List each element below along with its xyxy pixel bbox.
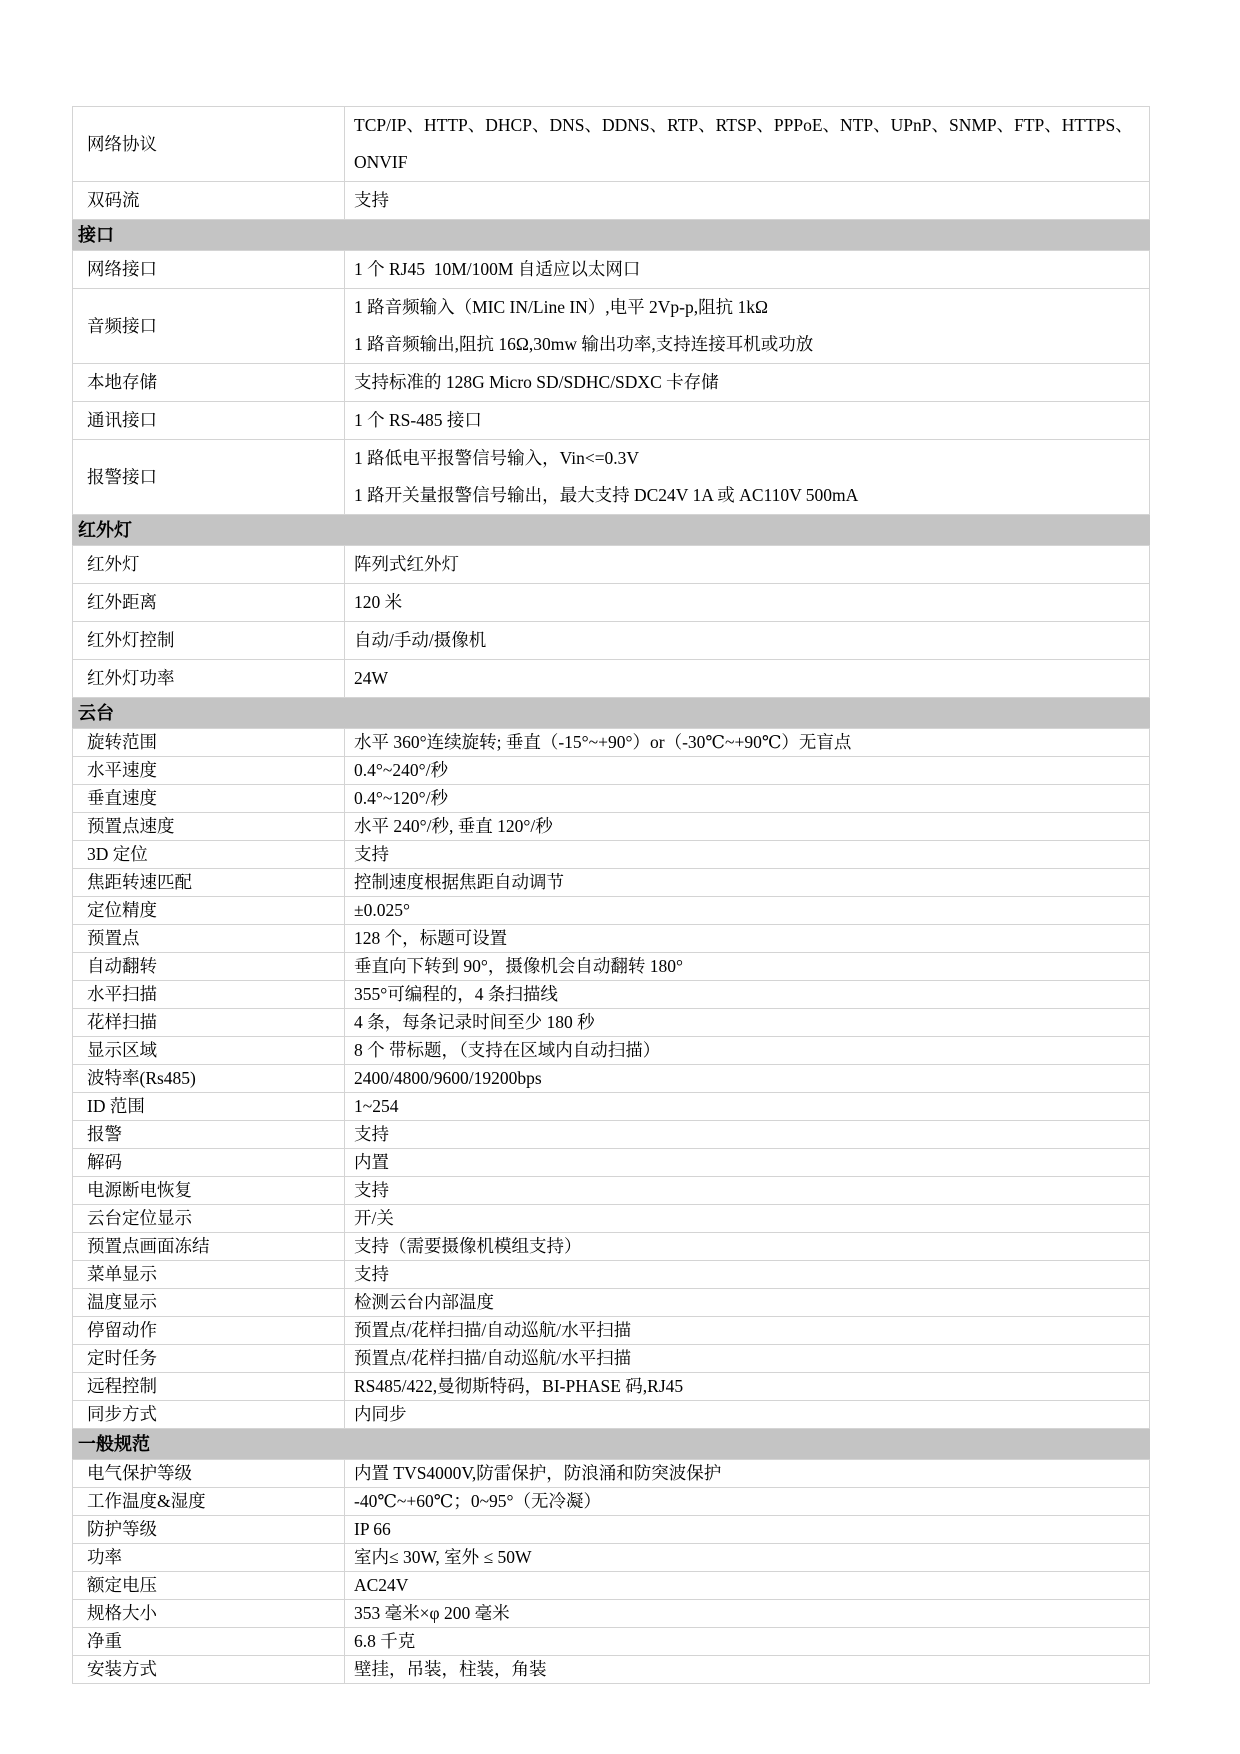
spec-row: 防护等级IP 66: [73, 1516, 1150, 1544]
spec-value-line: 353 毫米×φ 200 毫米: [354, 1600, 1141, 1627]
spec-table: 网络协议TCP/IP、HTTP、DHCP、DNS、DDNS、RTP、RTSP、P…: [72, 106, 1150, 1684]
spec-value-line: 支持: [354, 1121, 1141, 1148]
spec-row: 温度显示检测云台内部温度: [73, 1289, 1150, 1317]
spec-value-line: 1~254: [354, 1093, 1141, 1120]
spec-label: 温度显示: [73, 1289, 345, 1317]
spec-value: 1 路音频输入（MIC IN/Line IN）,电平 2Vp-p,阻抗 1kΩ1…: [345, 289, 1150, 364]
spec-row: 水平速度0.4°~240°/秒: [73, 757, 1150, 785]
spec-value: 支持: [345, 1121, 1150, 1149]
section-header-row: 一般规范: [73, 1429, 1150, 1460]
spec-value-line: 8 个 带标题，（支持在区域内自动扫描）: [354, 1037, 1141, 1064]
spec-value-line: 检测云台内部温度: [354, 1289, 1141, 1316]
spec-value: 预置点/花样扫描/自动巡航/水平扫描: [345, 1317, 1150, 1345]
spec-label: 功率: [73, 1544, 345, 1572]
spec-value-line: 水平 240°/秒, 垂直 120°/秒: [354, 813, 1141, 840]
spec-value-line: 1 个 RJ45 10M/100M 自适应以太网口: [354, 251, 1141, 288]
spec-label: 预置点画面冻结: [73, 1233, 345, 1261]
spec-value-line: AC24V: [354, 1572, 1141, 1599]
spec-document-page: 网络协议TCP/IP、HTTP、DHCP、DNS、DDNS、RTP、RTSP、P…: [0, 0, 1240, 1754]
spec-value: 支持标准的 128G Micro SD/SDHC/SDXC 卡存储: [345, 364, 1150, 402]
spec-row: 网络协议TCP/IP、HTTP、DHCP、DNS、DDNS、RTP、RTSP、P…: [73, 107, 1150, 182]
spec-row: 红外距离120 米: [73, 584, 1150, 622]
spec-value: 内同步: [345, 1401, 1150, 1429]
spec-value-line: 壁挂，吊装，柱装，角装: [354, 1656, 1141, 1683]
spec-value: 自动/手动/摄像机: [345, 622, 1150, 660]
spec-row: 报警接口1 路低电平报警信号输入，Vin<=0.3V1 路开关量报警信号输出，最…: [73, 440, 1150, 515]
spec-label: 额定电压: [73, 1572, 345, 1600]
spec-value-line: 内同步: [354, 1401, 1141, 1428]
spec-label: 花样扫描: [73, 1009, 345, 1037]
spec-value: 预置点/花样扫描/自动巡航/水平扫描: [345, 1345, 1150, 1373]
spec-value: 120 米: [345, 584, 1150, 622]
spec-row: 音频接口1 路音频输入（MIC IN/Line IN）,电平 2Vp-p,阻抗 …: [73, 289, 1150, 364]
spec-value-line: 垂直向下转到 90°，摄像机会自动翻转 180°: [354, 953, 1141, 980]
spec-value: 1 路低电平报警信号输入，Vin<=0.3V1 路开关量报警信号输出，最大支持 …: [345, 440, 1150, 515]
spec-row: 网络接口1 个 RJ45 10M/100M 自适应以太网口: [73, 251, 1150, 289]
spec-label: 定时任务: [73, 1345, 345, 1373]
spec-label: 双码流: [73, 182, 345, 220]
spec-value: 支持: [345, 1177, 1150, 1205]
spec-value-line: IP 66: [354, 1516, 1141, 1543]
spec-label: 安装方式: [73, 1656, 345, 1684]
spec-label: 防护等级: [73, 1516, 345, 1544]
spec-value-line: 128 个，标题可设置: [354, 925, 1141, 952]
spec-row: 定时任务预置点/花样扫描/自动巡航/水平扫描: [73, 1345, 1150, 1373]
spec-value-line: 支持（需要摄像机模组支持）: [354, 1233, 1141, 1260]
spec-value: 6.8 千克: [345, 1628, 1150, 1656]
spec-value: 1~254: [345, 1093, 1150, 1121]
spec-value: 24W: [345, 660, 1150, 698]
spec-label: 电气保护等级: [73, 1460, 345, 1488]
spec-value: TCP/IP、HTTP、DHCP、DNS、DDNS、RTP、RTSP、PPPoE…: [345, 107, 1150, 182]
spec-value-line: 预置点/花样扫描/自动巡航/水平扫描: [354, 1345, 1141, 1372]
spec-label: 菜单显示: [73, 1261, 345, 1289]
spec-row: 工作温度&湿度-40℃~+60℃；0~95°（无冷凝）: [73, 1488, 1150, 1516]
spec-label: 自动翻转: [73, 953, 345, 981]
spec-label: 净重: [73, 1628, 345, 1656]
spec-row: 额定电压AC24V: [73, 1572, 1150, 1600]
spec-value-line: 室内≤ 30W, 室外 ≤ 50W: [354, 1544, 1141, 1571]
spec-label: 焦距转速匹配: [73, 869, 345, 897]
spec-row: 花样扫描4 条，每条记录时间至少 180 秒: [73, 1009, 1150, 1037]
spec-value-line: 内置 TVS4000V,防雷保护，防浪涌和防突波保护: [354, 1460, 1141, 1487]
spec-value-line: 支持: [354, 1261, 1141, 1288]
spec-label: 网络协议: [73, 107, 345, 182]
spec-label: 云台定位显示: [73, 1205, 345, 1233]
spec-row: 菜单显示支持: [73, 1261, 1150, 1289]
spec-label: 电源断电恢复: [73, 1177, 345, 1205]
spec-value: 1 个 RS-485 接口: [345, 402, 1150, 440]
spec-row: 功率室内≤ 30W, 室外 ≤ 50W: [73, 1544, 1150, 1572]
spec-value-line: 24W: [354, 660, 1141, 697]
spec-value-line: 支持: [354, 841, 1141, 868]
spec-label: 音频接口: [73, 289, 345, 364]
spec-value-line: 水平 360°连续旋转; 垂直（-15°~+90°）or（-30℃~+90℃）无…: [354, 729, 1141, 756]
spec-label: 垂直速度: [73, 785, 345, 813]
spec-row: 自动翻转垂直向下转到 90°，摄像机会自动翻转 180°: [73, 953, 1150, 981]
spec-value: IP 66: [345, 1516, 1150, 1544]
spec-value: 检测云台内部温度: [345, 1289, 1150, 1317]
spec-value: 4 条，每条记录时间至少 180 秒: [345, 1009, 1150, 1037]
spec-row: 报警支持: [73, 1121, 1150, 1149]
spec-row: 红外灯阵列式红外灯: [73, 546, 1150, 584]
spec-value: 水平 240°/秒, 垂直 120°/秒: [345, 813, 1150, 841]
spec-value-line: 6.8 千克: [354, 1628, 1141, 1655]
section-header-row: 接口: [73, 220, 1150, 251]
spec-value: 8 个 带标题，（支持在区域内自动扫描）: [345, 1037, 1150, 1065]
spec-label: 网络接口: [73, 251, 345, 289]
spec-value: 1 个 RJ45 10M/100M 自适应以太网口: [345, 251, 1150, 289]
spec-label: 红外距离: [73, 584, 345, 622]
spec-label: 停留动作: [73, 1317, 345, 1345]
spec-value: 垂直向下转到 90°，摄像机会自动翻转 180°: [345, 953, 1150, 981]
spec-value-line: 控制速度根据焦距自动调节: [354, 869, 1141, 896]
spec-label: 红外灯功率: [73, 660, 345, 698]
spec-value-line: TCP/IP、HTTP、DHCP、DNS、DDNS、RTP、RTSP、PPPoE…: [354, 107, 1141, 144]
spec-row: 规格大小353 毫米×φ 200 毫米: [73, 1600, 1150, 1628]
spec-value-line: 1 路低电平报警信号输入，Vin<=0.3V: [354, 440, 1141, 477]
spec-value: RS485/422,曼彻斯特码，BI-PHASE 码,RJ45: [345, 1373, 1150, 1401]
spec-value: 水平 360°连续旋转; 垂直（-15°~+90°）or（-30℃~+90℃）无…: [345, 729, 1150, 757]
spec-label: 同步方式: [73, 1401, 345, 1429]
spec-value-line: 355°可编程的，4 条扫描线: [354, 981, 1141, 1008]
spec-label: 红外灯控制: [73, 622, 345, 660]
spec-row: 双码流支持: [73, 182, 1150, 220]
spec-value-line: 1 个 RS-485 接口: [354, 402, 1141, 439]
spec-row: 净重6.8 千克: [73, 1628, 1150, 1656]
section-header-row: 红外灯: [73, 515, 1150, 546]
spec-row: 旋转范围水平 360°连续旋转; 垂直（-15°~+90°）or（-30℃~+9…: [73, 729, 1150, 757]
spec-label: 通讯接口: [73, 402, 345, 440]
spec-value-line: 支持: [354, 182, 1141, 219]
spec-label: 工作温度&湿度: [73, 1488, 345, 1516]
spec-value-line: 1 路音频输出,阻抗 16Ω,30mw 输出功率,支持连接耳机或功放: [354, 326, 1141, 363]
section-header: 云台: [73, 698, 1150, 729]
spec-row: 显示区域8 个 带标题，（支持在区域内自动扫描）: [73, 1037, 1150, 1065]
spec-value-line: 支持: [354, 1177, 1141, 1204]
spec-label: 报警接口: [73, 440, 345, 515]
spec-value: 开/关: [345, 1205, 1150, 1233]
spec-label: 波特率(Rs485): [73, 1065, 345, 1093]
spec-value: 内置 TVS4000V,防雷保护，防浪涌和防突波保护: [345, 1460, 1150, 1488]
spec-value-line: 120 米: [354, 584, 1141, 621]
spec-label: 本地存储: [73, 364, 345, 402]
spec-row: 通讯接口1 个 RS-485 接口: [73, 402, 1150, 440]
spec-label: 解码: [73, 1149, 345, 1177]
spec-row: 垂直速度0.4°~120°/秒: [73, 785, 1150, 813]
spec-row: 预置点速度水平 240°/秒, 垂直 120°/秒: [73, 813, 1150, 841]
spec-value-line: 1 路音频输入（MIC IN/Line IN）,电平 2Vp-p,阻抗 1kΩ: [354, 289, 1141, 326]
spec-value-line: ONVIF: [354, 144, 1141, 181]
spec-label: 预置点: [73, 925, 345, 953]
spec-value-line: 0.4°~120°/秒: [354, 785, 1141, 812]
spec-value-line: 预置点/花样扫描/自动巡航/水平扫描: [354, 1317, 1141, 1344]
spec-value: -40℃~+60℃；0~95°（无冷凝）: [345, 1488, 1150, 1516]
spec-row: 3D 定位支持: [73, 841, 1150, 869]
spec-row: ID 范围1~254: [73, 1093, 1150, 1121]
spec-value: 2400/4800/9600/19200bps: [345, 1065, 1150, 1093]
spec-label: 旋转范围: [73, 729, 345, 757]
spec-label: 定位精度: [73, 897, 345, 925]
spec-value-line: 0.4°~240°/秒: [354, 757, 1141, 784]
spec-value: 0.4°~240°/秒: [345, 757, 1150, 785]
spec-label: 水平扫描: [73, 981, 345, 1009]
spec-value: 壁挂，吊装，柱装，角装: [345, 1656, 1150, 1684]
spec-value: 支持: [345, 182, 1150, 220]
spec-label: 远程控制: [73, 1373, 345, 1401]
spec-value-line: 1 路开关量报警信号输出，最大支持 DC24V 1A 或 AC110V 500m…: [354, 477, 1141, 514]
spec-row: 电气保护等级内置 TVS4000V,防雷保护，防浪涌和防突波保护: [73, 1460, 1150, 1488]
spec-value: 支持（需要摄像机模组支持）: [345, 1233, 1150, 1261]
section-header: 红外灯: [73, 515, 1150, 546]
spec-value-line: 开/关: [354, 1205, 1141, 1232]
section-header: 一般规范: [73, 1429, 1150, 1460]
spec-row: 解码内置: [73, 1149, 1150, 1177]
spec-row: 本地存储支持标准的 128G Micro SD/SDHC/SDXC 卡存储: [73, 364, 1150, 402]
spec-row: 远程控制RS485/422,曼彻斯特码，BI-PHASE 码,RJ45: [73, 1373, 1150, 1401]
spec-row: 安装方式壁挂，吊装，柱装，角装: [73, 1656, 1150, 1684]
spec-label: 显示区域: [73, 1037, 345, 1065]
spec-value: 128 个，标题可设置: [345, 925, 1150, 953]
spec-table-body: 网络协议TCP/IP、HTTP、DHCP、DNS、DDNS、RTP、RTSP、P…: [73, 107, 1150, 1684]
spec-value: 支持: [345, 1261, 1150, 1289]
spec-value-line: 4 条，每条记录时间至少 180 秒: [354, 1009, 1141, 1036]
spec-row: 同步方式内同步: [73, 1401, 1150, 1429]
spec-value: 内置: [345, 1149, 1150, 1177]
spec-row: 红外灯功率24W: [73, 660, 1150, 698]
spec-row: 波特率(Rs485)2400/4800/9600/19200bps: [73, 1065, 1150, 1093]
spec-value: 控制速度根据焦距自动调节: [345, 869, 1150, 897]
spec-value-line: 2400/4800/9600/19200bps: [354, 1065, 1141, 1092]
spec-row: 预置点画面冻结支持（需要摄像机模组支持）: [73, 1233, 1150, 1261]
spec-value-line: RS485/422,曼彻斯特码，BI-PHASE 码,RJ45: [354, 1373, 1141, 1400]
spec-value: 0.4°~120°/秒: [345, 785, 1150, 813]
spec-value: ±0.025°: [345, 897, 1150, 925]
spec-value: 阵列式红外灯: [345, 546, 1150, 584]
spec-row: 红外灯控制自动/手动/摄像机: [73, 622, 1150, 660]
spec-value-line: 支持标准的 128G Micro SD/SDHC/SDXC 卡存储: [354, 364, 1141, 401]
spec-label: 规格大小: [73, 1600, 345, 1628]
spec-row: 预置点128 个，标题可设置: [73, 925, 1150, 953]
section-header-row: 云台: [73, 698, 1150, 729]
spec-value: 353 毫米×φ 200 毫米: [345, 1600, 1150, 1628]
spec-value-line: ±0.025°: [354, 897, 1141, 924]
spec-row: 电源断电恢复支持: [73, 1177, 1150, 1205]
spec-row: 定位精度±0.025°: [73, 897, 1150, 925]
spec-value: 室内≤ 30W, 室外 ≤ 50W: [345, 1544, 1150, 1572]
spec-row: 水平扫描355°可编程的，4 条扫描线: [73, 981, 1150, 1009]
spec-label: 红外灯: [73, 546, 345, 584]
spec-label: ID 范围: [73, 1093, 345, 1121]
spec-label: 水平速度: [73, 757, 345, 785]
spec-value-line: 自动/手动/摄像机: [354, 622, 1141, 659]
spec-value: AC24V: [345, 1572, 1150, 1600]
spec-value-line: -40℃~+60℃；0~95°（无冷凝）: [354, 1488, 1141, 1515]
spec-label: 3D 定位: [73, 841, 345, 869]
spec-label: 报警: [73, 1121, 345, 1149]
spec-row: 焦距转速匹配控制速度根据焦距自动调节: [73, 869, 1150, 897]
spec-row: 云台定位显示开/关: [73, 1205, 1150, 1233]
section-header: 接口: [73, 220, 1150, 251]
spec-value: 支持: [345, 841, 1150, 869]
spec-row: 停留动作预置点/花样扫描/自动巡航/水平扫描: [73, 1317, 1150, 1345]
spec-value-line: 内置: [354, 1149, 1141, 1176]
spec-label: 预置点速度: [73, 813, 345, 841]
spec-value: 355°可编程的，4 条扫描线: [345, 981, 1150, 1009]
spec-value-line: 阵列式红外灯: [354, 546, 1141, 583]
